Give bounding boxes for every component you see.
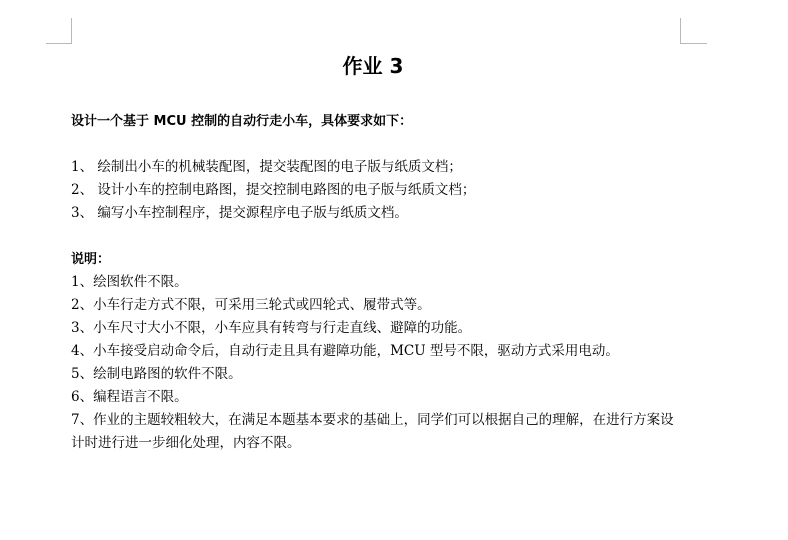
- document-title: 作业 3: [0, 52, 746, 80]
- page-corner-mark-top-right: [680, 18, 707, 44]
- page-corner-mark-top-left: [46, 18, 72, 44]
- requirement-item: 2、 设计小车的控制电路图，提交控制电路图的电子版与纸质文档；: [71, 179, 691, 202]
- note-item: 1、绘图软件不限。: [71, 271, 691, 294]
- requirement-item: 1、 绘制出小车的机械装配图，提交装配图的电子版与纸质文档；: [71, 156, 691, 179]
- note-item: 7、作业的主题较粗较大，在满足本题基本要求的基础上，同学们可以根据自己的理解，在…: [71, 409, 683, 455]
- requirement-item: 3、 编写小车控制程序，提交源程序电子版与纸质文档。: [71, 202, 691, 225]
- note-item: 2、小车行走方式不限，可采用三轮式或四轮式、履带式等。: [71, 294, 691, 317]
- intro-paragraph: 设计一个基于 MCU 控制的自动行走小车，具体要求如下：: [71, 110, 691, 133]
- document-body: 设计一个基于 MCU 控制的自动行走小车，具体要求如下： 1、 绘制出小车的机械…: [71, 110, 691, 455]
- notes-heading: 说明：: [71, 248, 691, 271]
- note-item: 5、绘制电路图的软件不限。: [71, 363, 691, 386]
- note-item: 6、编程语言不限。: [71, 386, 691, 409]
- note-item: 3、小车尺寸大小不限，小车应具有转弯与行走直线、避障的功能。: [71, 317, 691, 340]
- note-item: 4、小车接受启动命令后，自动行走且具有避障功能，MCU 型号不限，驱动方式采用电…: [71, 340, 691, 363]
